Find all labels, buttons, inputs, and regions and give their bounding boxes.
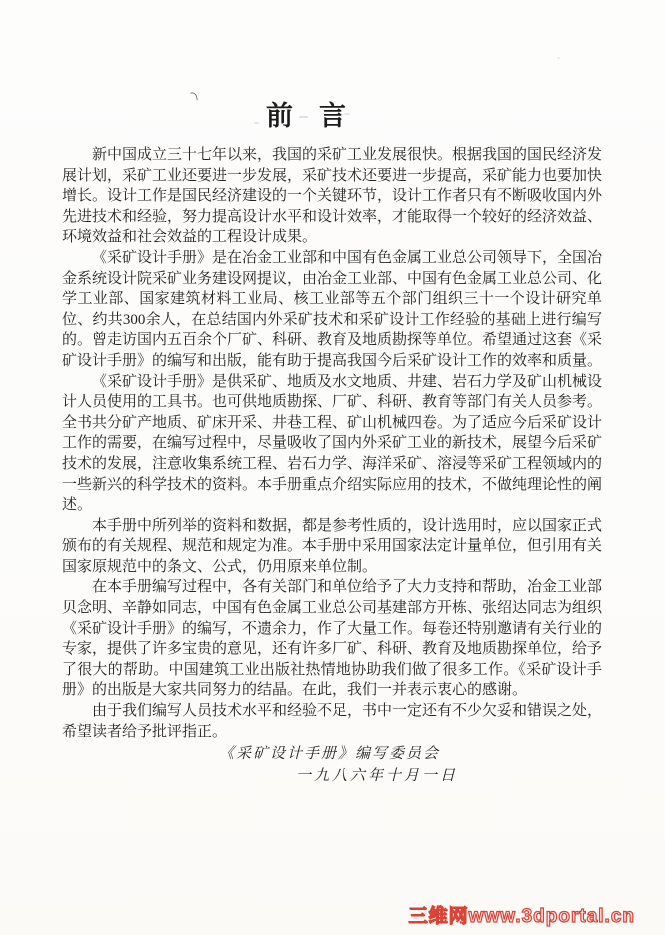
paragraph-audience: 《采矿设计手册》是供采矿、地质及水文地质、井建、岩石力学及矿山机械设计人员使用的… <box>62 372 602 516</box>
paragraph-acknowledgements: 在本手册编写过程中，各有关部门和单位给予了大力支持和帮助，冶金工业部贝念明、辛静… <box>62 577 602 701</box>
signature-block: 《采矿设计手册》编写委员会 一九八六年十月一日 <box>62 744 602 787</box>
watermark-3dportal: 三维网www.3dportal.cn <box>409 901 635 928</box>
paragraph-compilation: 《采矿设计手册》是在冶金工业部和中国有色金属工业总公司领导下，全国冶金系统设计院… <box>62 248 602 372</box>
signature-committee: 《采矿设计手册》编写委员会 <box>62 744 602 766</box>
page-title: 前言 <box>36 94 576 130</box>
text-block: 前言 新中国成立三十七年以来，我国的采矿工业发展很快。根据我国的国民经济发展计划… <box>62 94 602 787</box>
paragraph-intro: 新中国成立三十七年以来，我国的采矿工业发展很快。根据我国的国民经济发展计划，采矿… <box>62 145 602 248</box>
signature-date: 一九八六年十月一日 <box>62 766 602 788</box>
paragraph-apology: 由于我们编写人员技术水平和经验不足，书中一定还有不少欠妥和错误之处，希望读者给予… <box>62 701 602 742</box>
scanned-book-page: 前言 新中国成立三十七年以来，我国的采矿工业发展很快。根据我国的国民经济发展计划… <box>0 0 665 935</box>
title-char-qian: 前 <box>266 101 293 131</box>
paragraph-reference-note: 本手册中所列举的资料和数据，都是参考性质的，设计选用时，应以国家正式颁布的有关规… <box>62 516 602 578</box>
scan-smudge <box>557 57 560 59</box>
title-char-yan: 言 <box>319 101 346 131</box>
